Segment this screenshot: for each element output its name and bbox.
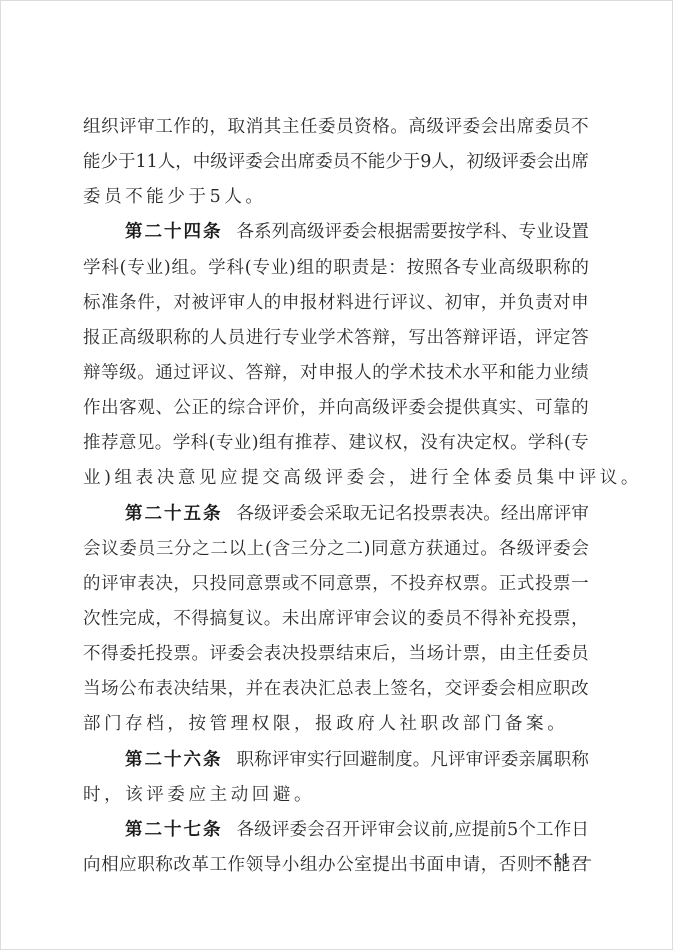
text-line: 作出客观、公正的综合评价，并向高级评委会提供真实、可靠的 (83, 391, 589, 426)
article-25-heading-line: 第二十五条 各级评委会采取无记名投票表决。经出席评审 (83, 497, 589, 532)
article-number: 第二十四条 (125, 215, 223, 250)
text-line: 推荐意见。学科(专业)组有推荐、建议权，没有决定权。学科(专 (83, 426, 589, 461)
text-line: 辩等级。通过评议、答辩，对申报人的学术技术水平和能力业绩 (83, 356, 589, 391)
article-text: 各级评委会召开评审会议前,应提前5个工作日 (237, 813, 590, 848)
text-line: 报正高级职称的人员进行专业学术答辩，写出答辩评语，评定答 (83, 321, 589, 356)
document-body: 组织评审工作的，取消其主任委员资格。高级评委会出席委员不 能少于11人，中级评委… (83, 110, 589, 883)
document-page: 组织评审工作的，取消其主任委员资格。高级评委会出席委员不 能少于11人，中级评委… (0, 0, 673, 950)
text-line: 标准条件，对被评审人的申报材料进行评议、初审，并负责对申 (83, 286, 589, 321)
text-line: 的评审表决，只投同意票或不同意票，不投弃权票。正式投票一 (83, 567, 589, 602)
text-line: 委员不能少于5人。 (83, 180, 589, 215)
text-line: 业)组表决意见应提交高级评委会，进行全体委员集中评议。 (83, 461, 589, 496)
text-line: 能少于11人，中级评委会出席委员不能少于9人，初级评委会出席 (83, 145, 589, 180)
text-line: 向相应职称改革工作领导小组办公室提出书面申请，否则不能召 (83, 848, 589, 883)
text-line: 不得委托投票。评委会表决投票结束后，当场计票，由主任委员 (83, 637, 589, 672)
page-number: — 11 — (521, 847, 591, 871)
article-text: 各级评委会采取无记名投票表决。经出席评审 (237, 497, 590, 532)
text-line: 组织评审工作的，取消其主任委员资格。高级评委会出席委员不 (83, 110, 589, 145)
article-number: 第二十六条 (125, 743, 223, 778)
text-line: 学科(专业)组。学科(专业)组的职责是：按照各专业高级职称的 (83, 251, 589, 286)
article-number: 第二十五条 (125, 497, 223, 532)
text-line: 时，该评委应主动回避。 (83, 778, 589, 813)
article-text: 职称评审实行回避制度。凡评审评委亲属职称 (237, 743, 590, 778)
text-line: 次性完成，不得搞复议。未出席评审会议的委员不得补充投票， (83, 602, 589, 637)
text-line: 当场公布表决结果，并在表决汇总表上签名，交评委会相应职改 (83, 672, 589, 707)
text-line: 部门存档，按管理权限，报政府人社职改部门备案。 (83, 707, 589, 742)
article-26-heading-line: 第二十六条 职称评审实行回避制度。凡评审评委亲属职称 (83, 743, 589, 778)
article-text: 各系列高级评委会根据需要按学科、专业设置 (237, 215, 590, 250)
text-line: 会议委员三分之二以上(含三分之二)同意方获通过。各级评委会 (83, 532, 589, 567)
article-27-heading-line: 第二十七条 各级评委会召开评审会议前,应提前5个工作日 (83, 813, 589, 848)
article-number: 第二十七条 (125, 813, 223, 848)
article-24-heading-line: 第二十四条 各系列高级评委会根据需要按学科、专业设置 (83, 215, 589, 250)
